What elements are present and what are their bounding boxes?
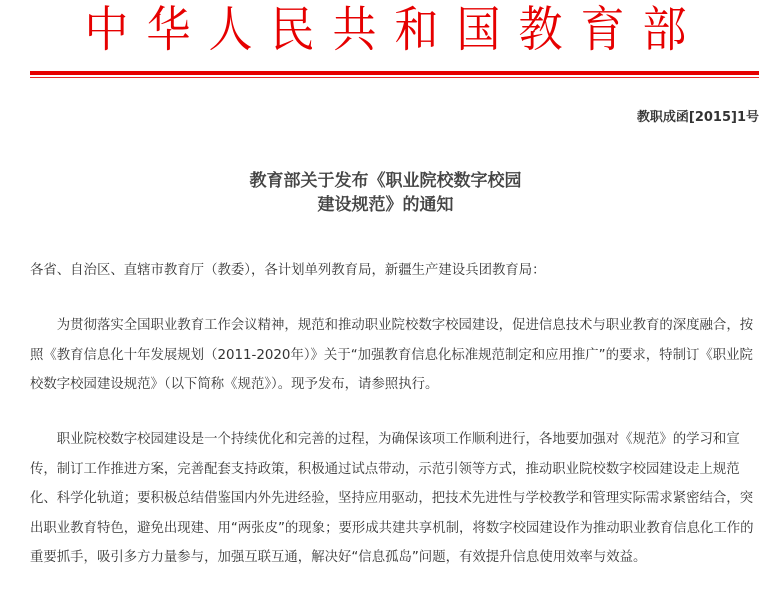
- masthead-divider-thick: [30, 71, 759, 75]
- body-paragraph-2: 职业院校数字校园建设是一个持续优化和完善的过程，为确保该项工作顺利进行，各地要加…: [30, 425, 760, 573]
- document-title-line1: 教育部关于发布《职业院校数字校园: [0, 166, 771, 191]
- salutation: 各省、自治区、直辖市教育厅（教委），各计划单列教育局，新疆生产建设兵团教育局：: [30, 256, 760, 286]
- body-paragraph-1: 为贯彻落实全国职业教育工作会议精神，规范和推动职业院校数字校园建设，促进信息技术…: [30, 311, 760, 400]
- document-number: 教职成函[2015]1号: [637, 106, 759, 125]
- masthead-title: 中华人民共和国教育部: [0, 0, 771, 62]
- document-title-line2: 建设规范》的通知: [0, 190, 771, 215]
- masthead-divider-thin: [30, 77, 759, 78]
